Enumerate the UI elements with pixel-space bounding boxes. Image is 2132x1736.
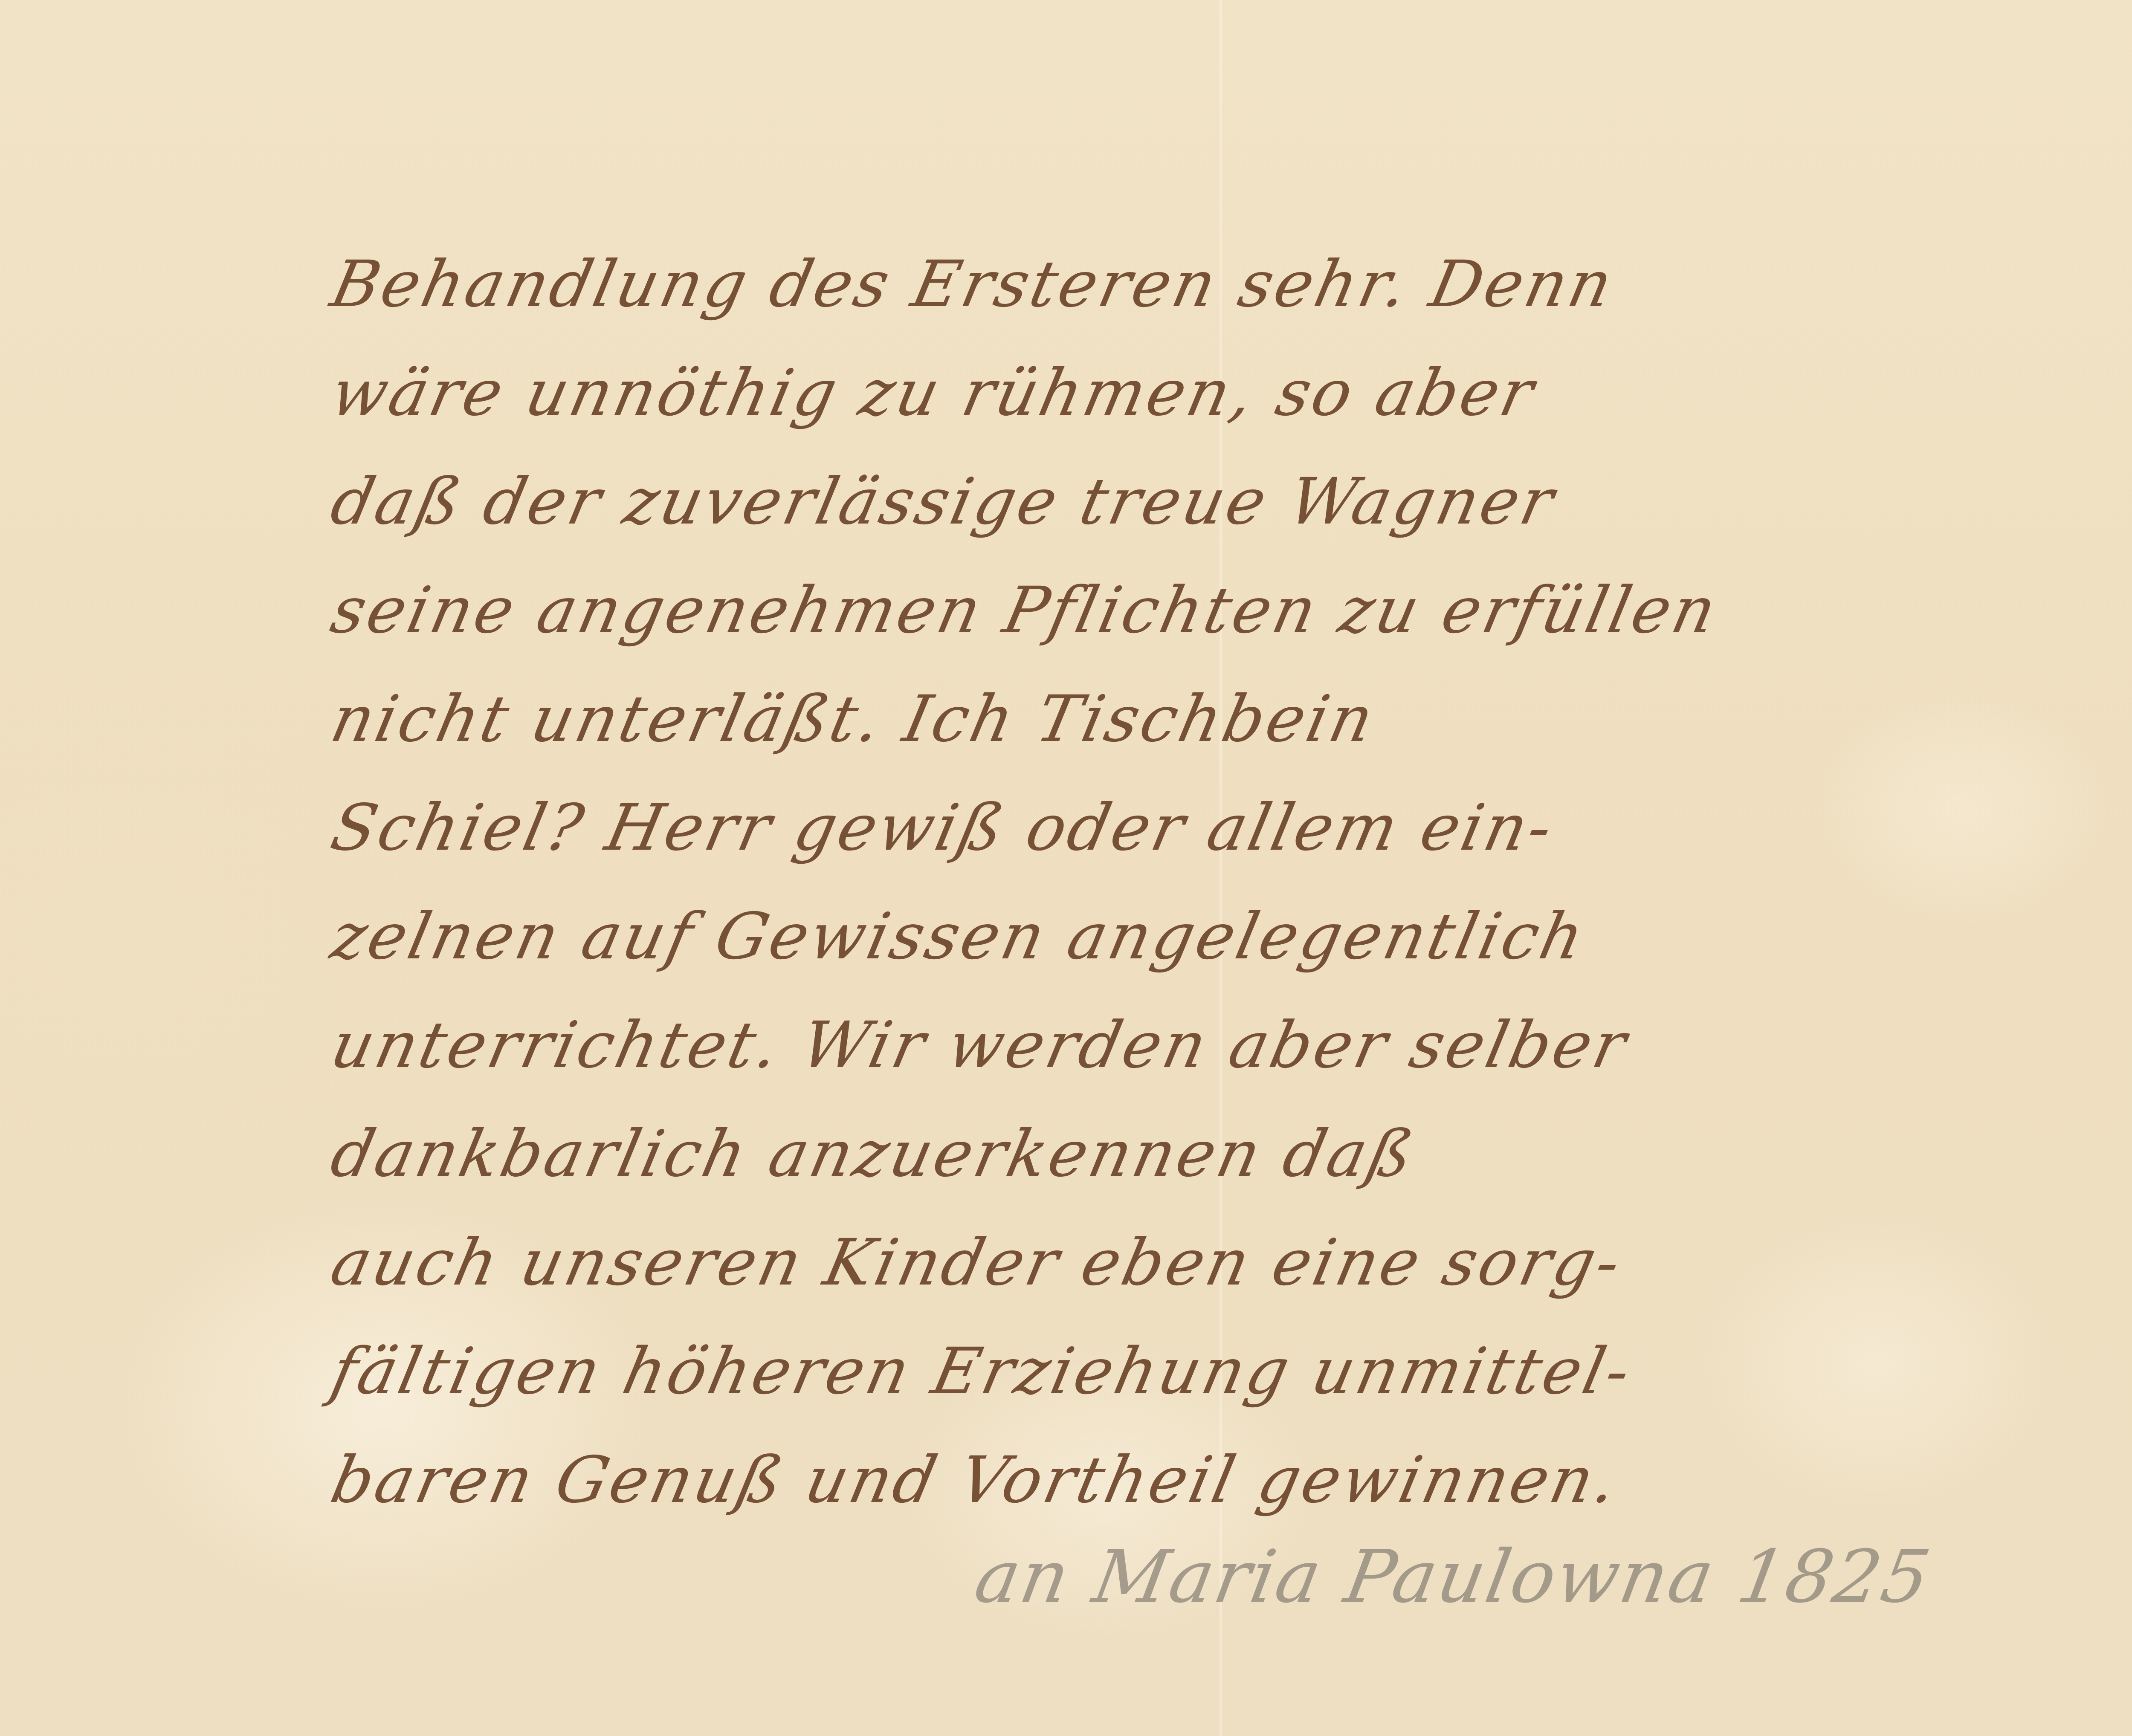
letter-line: auch unseren Kinder eben eine sorg- (321, 1209, 2132, 1317)
pencil-annotation: an Maria Paulowna 1825 (969, 1535, 1938, 1619)
letter-line: Schiel? Herr gewiß oder allem ein- (321, 774, 2132, 882)
letter-line: Behandlung des Ersteren sehr. Denn (321, 230, 2132, 339)
letter-page: Behandlung des Ersteren sehr. Denn wäre … (0, 0, 2132, 1736)
letter-line: zelnen auf Gewissen angelegentlich (321, 882, 2132, 991)
letter-line: dankbarlich anzuerkennen daß (321, 1100, 2132, 1209)
letter-line: nicht unterläßt. Ich Tischbein (321, 665, 2132, 774)
letter-line: daß der zuverlässige treue Wagner (321, 448, 2132, 556)
letter-line: seine angenehmen Pflichten zu erfüllen (321, 556, 2132, 665)
letter-line: fältigen höheren Erziehung unmittel- (321, 1317, 2132, 1426)
letter-line: wäre unnöthig zu rühmen, so aber (321, 339, 2132, 448)
letter-body: Behandlung des Ersteren sehr. Denn wäre … (333, 230, 2132, 1535)
letter-line: unterrichtet. Wir werden aber selber (321, 991, 2132, 1100)
letter-line: baren Genuß und Vortheil gewinnen. (321, 1426, 2132, 1535)
